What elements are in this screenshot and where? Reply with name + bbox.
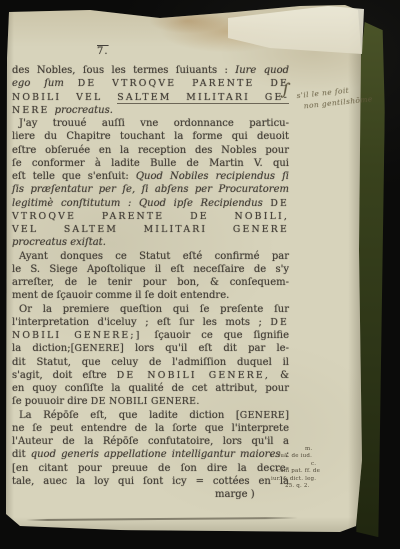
text-line: des Nobles, ſous les termes ſuiuants : I… [12, 64, 289, 77]
scanned-book-photo: 7. des Nobles, ſous les termes ſuiuants … [0, 0, 400, 549]
margin-citation: l. cum pat. ff. de [271, 468, 369, 475]
text-line: l'Auteur de la Répōſe confutatoire, lors… [12, 435, 289, 448]
page-number: 7. [97, 46, 109, 57]
text-line: ſe pouuoir dire DE NOBILI GENERE. [12, 395, 289, 408]
text-line: dit quod generis appellatione intelligan… [12, 448, 289, 461]
text-line: marge ) [12, 488, 289, 501]
text-line: Ayant donques ce Statut eſté confirmé pa… [12, 250, 289, 263]
text-line: J'ay trouué auſſi vne ordonnance particu… [12, 117, 289, 130]
margin-citation: iur. & dict. leg. [271, 476, 369, 483]
text-line: eſtre obſeruée en la reception des Noble… [12, 144, 289, 157]
text-line: legitimè conſtitutum : Quod ipſe Recipie… [12, 197, 289, 210]
text-line: le S. Siege Apoſtolique il eſt neceſſair… [12, 263, 289, 276]
text-line: ne ſe peut entendre de la ſorte que l'in… [12, 422, 289, 435]
text-line: ego ſum DE VTROQVE PARENTE DE [12, 77, 289, 90]
text-block: des Nobles, ſous les termes ſuiuants : I… [12, 64, 289, 501]
text-line: [en citant pour preuue de ſon dire la de… [12, 462, 289, 475]
text-line: l'interpretation d'iceluy ; eſt ſur les … [12, 316, 289, 329]
text-line: VEL SALTEM MILITARI GENERE [12, 223, 289, 236]
text-line: s'agit, doit eſtre DE NOBILI GENERE, & [12, 369, 289, 382]
margin-citation: m. [271, 446, 369, 453]
text-line: NOBILI GENERE;] ſçauoir ce que ſignifie [12, 329, 289, 342]
margin-citation: c. [271, 461, 369, 468]
text-line: La Répōſe eſt, que ladite diction [GENER… [12, 409, 289, 422]
text-line: NERE procreatus. [12, 104, 289, 117]
text-line: en quoy conſiſte la qualité de cet attri… [12, 382, 289, 395]
text-line: ment de ſçauoir comme il ſe doit entendr… [12, 289, 289, 302]
text-line: Or la premiere queſtion qui ſe preſente … [12, 303, 289, 316]
text-line: ſis præſentatur per ſe, ſi abſens per Pr… [12, 183, 289, 196]
text-line: VTROQVE PARENTE DE NOBILI, [12, 210, 289, 223]
margin-citation: c. ſuā. de iud. [271, 453, 369, 460]
text-line: ſe conformer à ladite Bulle de Martin V.… [12, 157, 289, 170]
text-line: dit Statut, que celuy de l'admiſſion duq… [12, 356, 289, 369]
text-line: liere du Chapitre touchant la forme qui … [12, 130, 289, 143]
text-line: la diction;[GENERE] lors qu'il eſt dit p… [12, 342, 289, 355]
margin-citation: 25. q. 2. [271, 483, 369, 490]
text-line: procreatus exiſtat. [12, 236, 289, 249]
text-line: tale, auec la loy qui ſont icy = cottées… [12, 475, 289, 488]
text-line: NOBILI VEL SALTEM MILITARI GE- [12, 91, 289, 104]
printed-margin-citations: m.c. ſuā. de iud.c.l. cum pat. ff. deiur… [271, 446, 369, 490]
text-line: arreſter, de le tenir pour bon, & conſeq… [12, 276, 289, 289]
text-line: eſt telle que s'enſuit: Quod Nobiles rec… [12, 170, 289, 183]
